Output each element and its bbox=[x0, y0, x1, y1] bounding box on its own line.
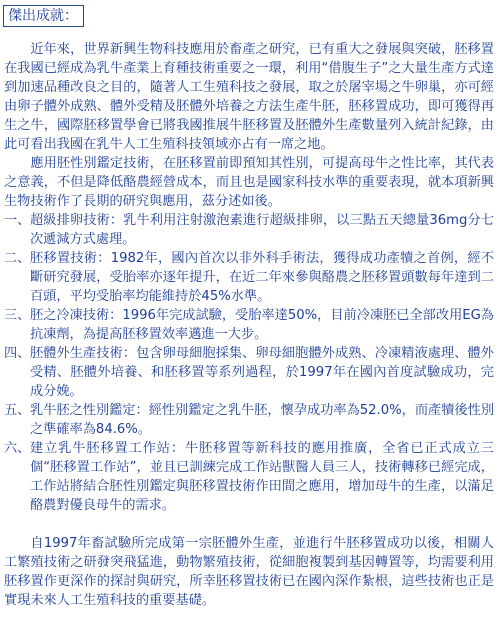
section-title: 傑出成就： bbox=[3, 5, 84, 27]
paragraph-spacer bbox=[4, 515, 494, 534]
list-item-text: 胚體外生產技術：包含卵母細胞採集、卵母細胞體外成熟、冷凍精液處理、體外受精、胚體… bbox=[30, 346, 494, 399]
list-item-text: 建立乳牛胚移置工作站：牛胚移置等新科技的應用推廣，全省已正式成立三個“胚移置工作… bbox=[30, 441, 494, 513]
closing-paragraph: 自1997年畜試驗所完成第一宗胚體外生產，並進行牛胚移置成功以後，相關人工繁殖技… bbox=[4, 534, 494, 610]
achievement-list: 一、 超級排卵技術：乳牛利用注射激泡素進行超級排卵，以三點五天總量36mg分七次… bbox=[4, 211, 494, 515]
list-item-text: 胚移置技術：1982年，國內首次以非外科手術法，獲得成功產犢之首例，經不斷研究發… bbox=[30, 251, 494, 304]
list-item-text: 胚之冷凍技術：1996年完成試驗，受胎率達50%，目前冷凍胚已全部改用EG為抗凍… bbox=[30, 308, 494, 342]
list-item-number: 二、 bbox=[4, 249, 30, 268]
list-item: 三、 胚之冷凍技術：1996年完成試驗，受胎率達50%，目前冷凍胚已全部改用EG… bbox=[4, 306, 494, 344]
list-item: 五、 乳牛胚之性別鑑定：經性別鑑定之乳牛胚，懷孕成功率為52.0%，而產犢後性別… bbox=[4, 401, 494, 439]
list-item-number: 四、 bbox=[4, 344, 30, 363]
document-body: 近年來，世界新興生物科技應用於畜產之研究，已有重大之發展與突破，胚移置在我國已經… bbox=[4, 40, 494, 610]
list-item-number: 三、 bbox=[4, 306, 30, 325]
technology-intro-paragraph: 應用胚性別鑑定技術，在胚移置前即預知其性別，可提高母牛之性比率，其代表之意義，不… bbox=[4, 154, 494, 211]
list-item: 四、 胚體外生產技術：包含卵母細胞採集、卵母細胞體外成熟、冷凍精液處理、體外受精… bbox=[4, 344, 494, 401]
list-item-text: 超級排卵技術：乳牛利用注射激泡素進行超級排卵，以三點五天總量36mg分七次遞減方… bbox=[30, 213, 494, 247]
list-item-number: 六、 bbox=[4, 439, 30, 458]
list-item: 一、 超級排卵技術：乳牛利用注射激泡素進行超級排卵，以三點五天總量36mg分七次… bbox=[4, 211, 494, 249]
list-item: 六、 建立乳牛胚移置工作站：牛胚移置等新科技的應用推廣，全省已正式成立三個“胚移… bbox=[4, 439, 494, 515]
list-item-number: 五、 bbox=[4, 401, 30, 420]
list-item: 二、 胚移置技術：1982年，國內首次以非外科手術法，獲得成功產犢之首例，經不斷… bbox=[4, 249, 494, 306]
list-item-number: 一、 bbox=[4, 211, 30, 230]
list-item-text: 乳牛胚之性別鑑定：經性別鑑定之乳牛胚，懷孕成功率為52.0%，而產犢後性別之準確… bbox=[30, 403, 494, 437]
intro-paragraph: 近年來，世界新興生物科技應用於畜產之研究，已有重大之發展與突破，胚移置在我國已經… bbox=[4, 40, 494, 154]
